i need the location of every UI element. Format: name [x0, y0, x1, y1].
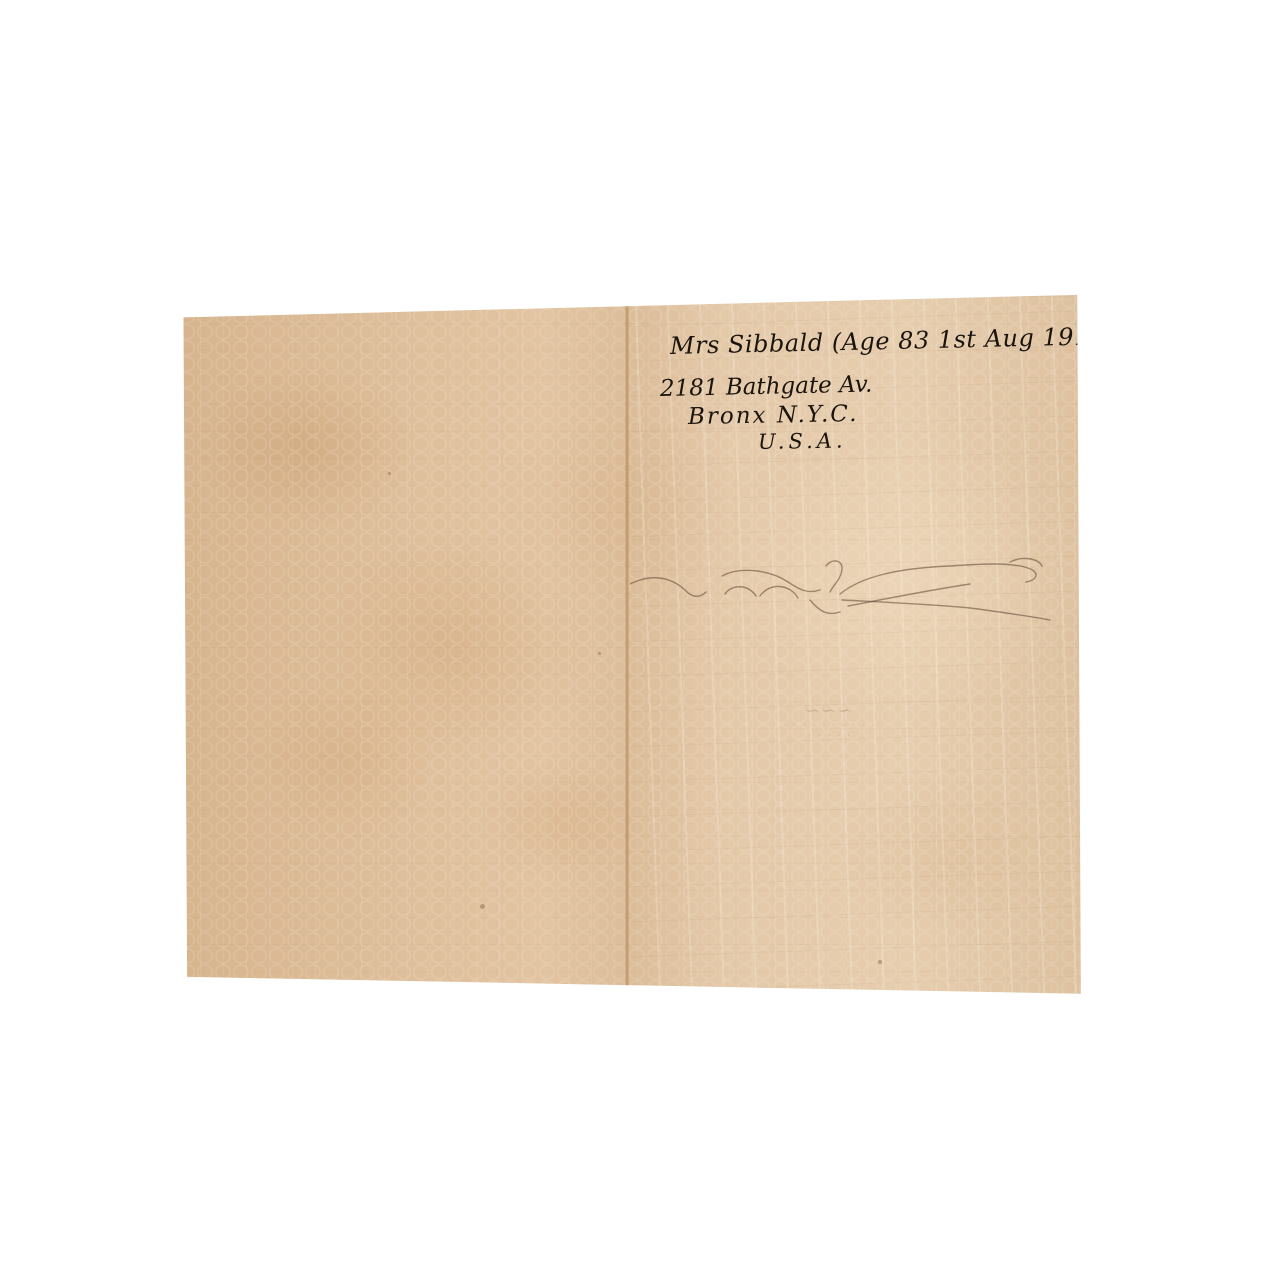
inscription-city: Bronx N.Y.C. [688, 401, 859, 430]
inscription-street: 2181 Bathgate Av. [660, 372, 873, 402]
spine-fold [625, 292, 629, 998]
foxing-stains [178, 292, 1090, 998]
foxing-spot [878, 960, 882, 964]
foxing-spot [598, 652, 601, 655]
maker-stamp-brand: ~~~ [718, 700, 938, 721]
inscription-country: U.S.A. [758, 428, 847, 454]
maker-stamp-line2: · · · · · [718, 731, 938, 741]
maker-stamp-line1: · · · · · · · · · · [718, 721, 938, 731]
maker-stamp-faint: ~~~ · · · · · · · · · · · · · · · [718, 700, 938, 741]
foxing-spot [480, 904, 485, 909]
foxing-spot [388, 472, 391, 475]
booklet-cover: Mrs Sibbald (Age 83 1st Aug 1912) 2181 B… [178, 292, 1090, 998]
photo-background: Mrs Sibbald (Age 83 1st Aug 1912) 2181 B… [0, 0, 1280, 1280]
embossed-leaf-ornament-icon [630, 554, 1060, 634]
